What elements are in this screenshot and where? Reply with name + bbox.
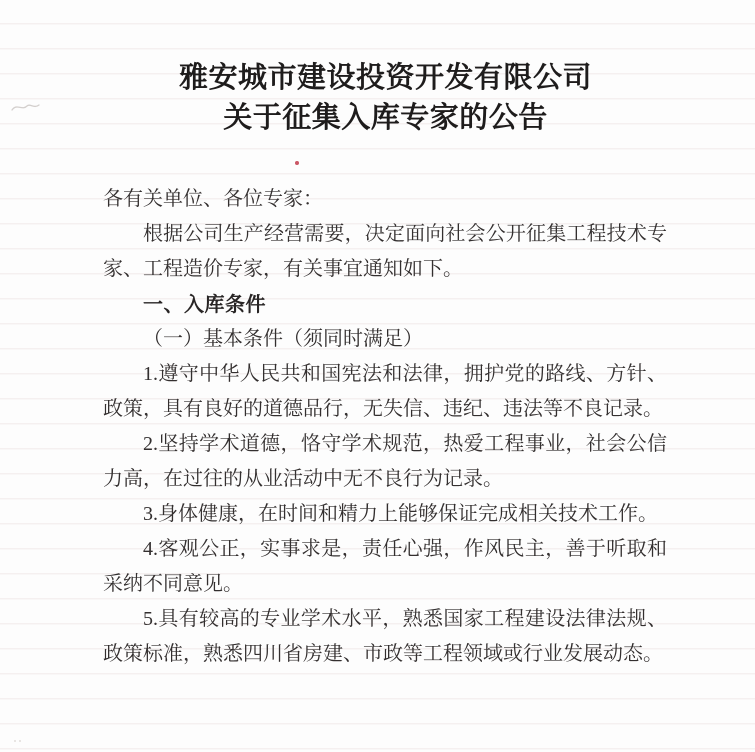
condition-item-3: 3.身体健康，在时间和精力上能够保证完成相关技术工作。	[103, 497, 667, 532]
condition-item-2: 2.坚持学术道德，恪守学术规范，热爱工程事业，社会公信力高，在过往的从业活动中无…	[103, 427, 667, 497]
bottom-speck-artifact	[14, 740, 28, 744]
intro-paragraph: 根据公司生产经营需要，决定面向社会公开征集工程技术专家、工程造价专家，有关事宜通…	[103, 217, 667, 287]
red-speck-artifact	[295, 161, 299, 165]
condition-item-4: 4.客观公正，实事求是，责任心强，作风民主，善于听取和采纳不同意见。	[103, 532, 667, 602]
scanned-document-page: 雅安城市建设投资开发有限公司 关于征集入库专家的公告 各有关单位、各位专家： 根…	[0, 0, 755, 752]
document-title: 雅安城市建设投资开发有限公司 关于征集入库专家的公告	[8, 0, 755, 138]
title-line-2: 关于征集入库专家的公告	[8, 98, 755, 138]
condition-item-5: 5.具有较高的专业学术水平，熟悉国家工程建设法律法规、政策标准，熟悉四川省房建、…	[103, 602, 667, 672]
title-line-1: 雅安城市建设投资开发有限公司	[8, 58, 755, 98]
document-body: 各有关单位、各位专家： 根据公司生产经营需要，决定面向社会公开征集工程技术专家、…	[103, 182, 667, 672]
section-1-heading: 一、入库条件	[103, 287, 667, 322]
salutation: 各有关单位、各位专家：	[103, 182, 667, 217]
section-1-subheading: （一）基本条件（须同时满足）	[103, 322, 667, 357]
condition-item-1: 1.遵守中华人民共和国宪法和法律，拥护党的路线、方针、政策，具有良好的道德品行，…	[103, 357, 667, 427]
